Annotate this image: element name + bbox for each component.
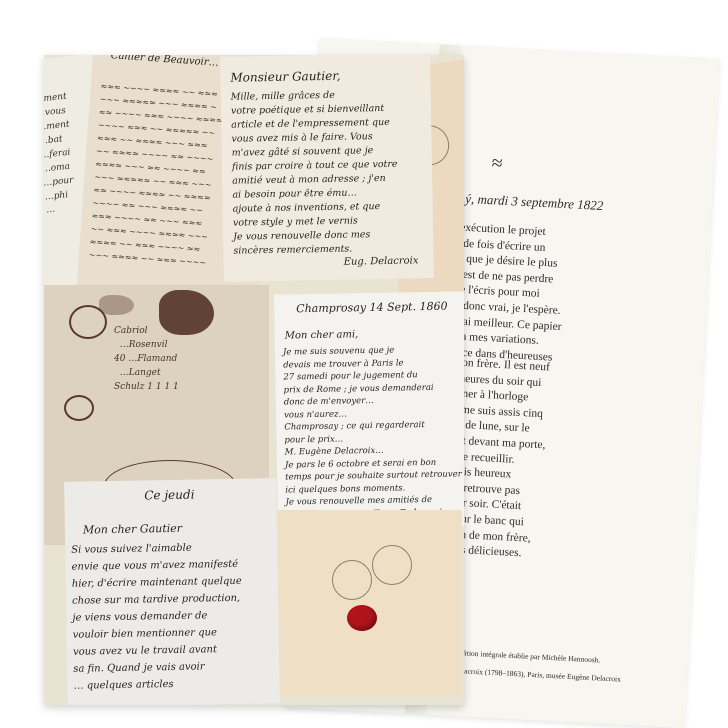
letter-champrosay: Champrosay 14 Sept. 1860 Mon cher ami, J… xyxy=(274,291,464,529)
book-photo: ≈ …ý, mardi 3 septembre 1822 à exécution… xyxy=(0,0,728,728)
jeudi-body: Si vous suivez l'aimable envie que vous … xyxy=(71,539,244,695)
sketch-pot-icon xyxy=(64,395,94,421)
jeudi-salutation: Mon cher Gautier xyxy=(83,520,182,539)
ornament-tilde-icon: ≈ xyxy=(491,152,503,176)
champrosay-salutation: Mon cher ami, xyxy=(285,327,359,344)
champrosay-body: Je me suis souvenu que je devais me trou… xyxy=(283,343,463,521)
journal-dateline: …ý, mardi 3 septembre 1822 xyxy=(453,190,603,214)
red-wax-seal-icon xyxy=(347,605,377,631)
envelope-back xyxy=(272,510,462,695)
postmark-icon xyxy=(372,545,412,585)
champrosay-dateline: Champrosay 14 Sept. 1860 xyxy=(296,298,448,318)
book-cover-collage: … …ment …vous …ment …bat …ferai …oma …po… xyxy=(44,55,464,705)
gautier-salutation: Monsieur Gautier, xyxy=(230,67,340,88)
ink-stain-light xyxy=(99,295,134,315)
jeudi-dateline: Ce jeudi xyxy=(144,486,194,505)
letter-gautier-merci: Monsieur Gautier, Mille, mille grâces de… xyxy=(220,55,434,282)
cahier-heading: Cahier de Beauvoir… xyxy=(110,55,219,71)
letter-le-jeudi: Ce jeudi Mon cher Gautier Si vous suivez… xyxy=(64,478,280,705)
postmark-icon xyxy=(332,560,372,600)
page-text-block: ≈ …ý, mardi 3 septembre 1822 à exécution… xyxy=(427,45,712,727)
gautier-body: Mille, mille grâces de votre poétique et… xyxy=(231,88,399,259)
gautier-signature: Eug. Delacroix xyxy=(344,253,419,270)
